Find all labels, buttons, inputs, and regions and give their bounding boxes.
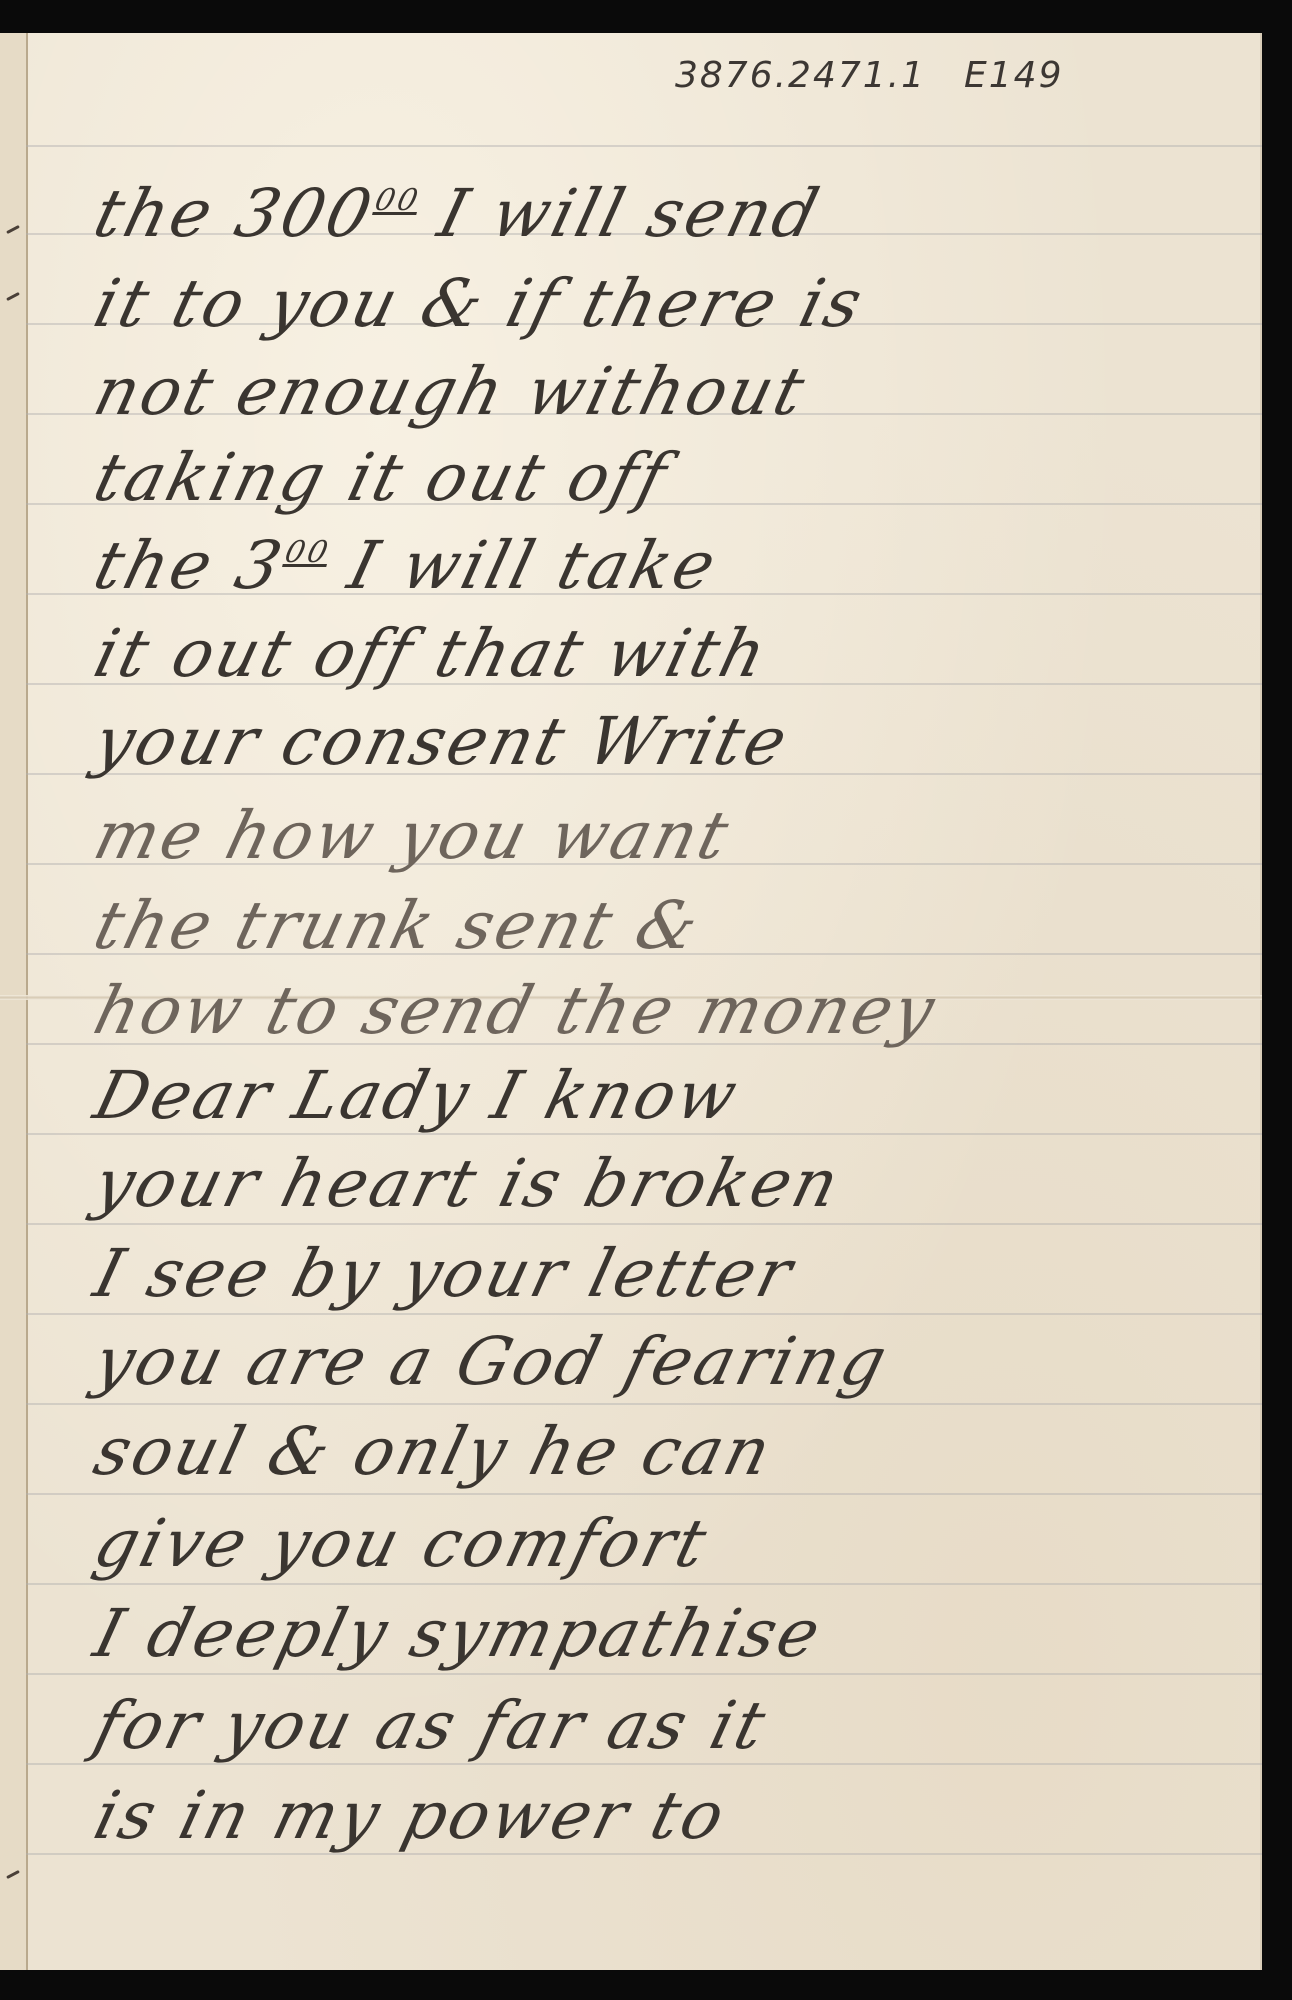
letter-line: you are a God fearing: [88, 1329, 895, 1395]
ink-mark: [6, 1870, 20, 1879]
letter-line: is in my power to: [88, 1783, 733, 1849]
letter-line: for you as far as it: [88, 1693, 774, 1759]
adjacent-page-edge: [0, 33, 28, 1970]
letter-line: the 300 I will take: [88, 533, 724, 599]
letter-line: I see by your letter: [88, 1241, 801, 1307]
catalog-annotation: 3876.2471.1E149: [675, 55, 1064, 96]
letter-line: how to send the money: [88, 978, 943, 1044]
ruled-line: [26, 1313, 1262, 1315]
letter-line: your heart is broken: [88, 1151, 848, 1217]
letter-line: me how you want: [88, 803, 737, 869]
letter-line: not enough without: [88, 359, 813, 425]
letter-line: the 30000 I will send: [88, 181, 827, 247]
letter-line: Dear Lady I know: [88, 1063, 746, 1129]
ruled-line: [26, 1673, 1262, 1675]
ruled-line: [26, 145, 1262, 147]
ruled-line: [26, 1223, 1262, 1225]
letter-line: it out off that with: [88, 621, 775, 687]
letter-line: your consent Write: [88, 709, 796, 775]
letter-line: it to you & if there is: [88, 271, 871, 337]
letter-line: I deeply sympathise: [88, 1601, 829, 1667]
letter-line: give you comfort: [88, 1511, 715, 1577]
ruled-line: [26, 1583, 1262, 1585]
ink-mark: [6, 292, 20, 301]
letter-page: 3876.2471.1E149 the 30000 I will send it…: [0, 33, 1262, 1970]
catalog-number: 3876.2471.1: [675, 55, 926, 96]
item-code: E149: [964, 55, 1063, 96]
ink-mark: [6, 225, 20, 234]
letter-line: soul & only he can: [88, 1419, 779, 1485]
ruled-line: [26, 1493, 1262, 1495]
ruled-line: [26, 1403, 1262, 1405]
letter-line: the trunk sent &: [88, 893, 707, 959]
letter-line: taking it out off: [88, 445, 675, 511]
